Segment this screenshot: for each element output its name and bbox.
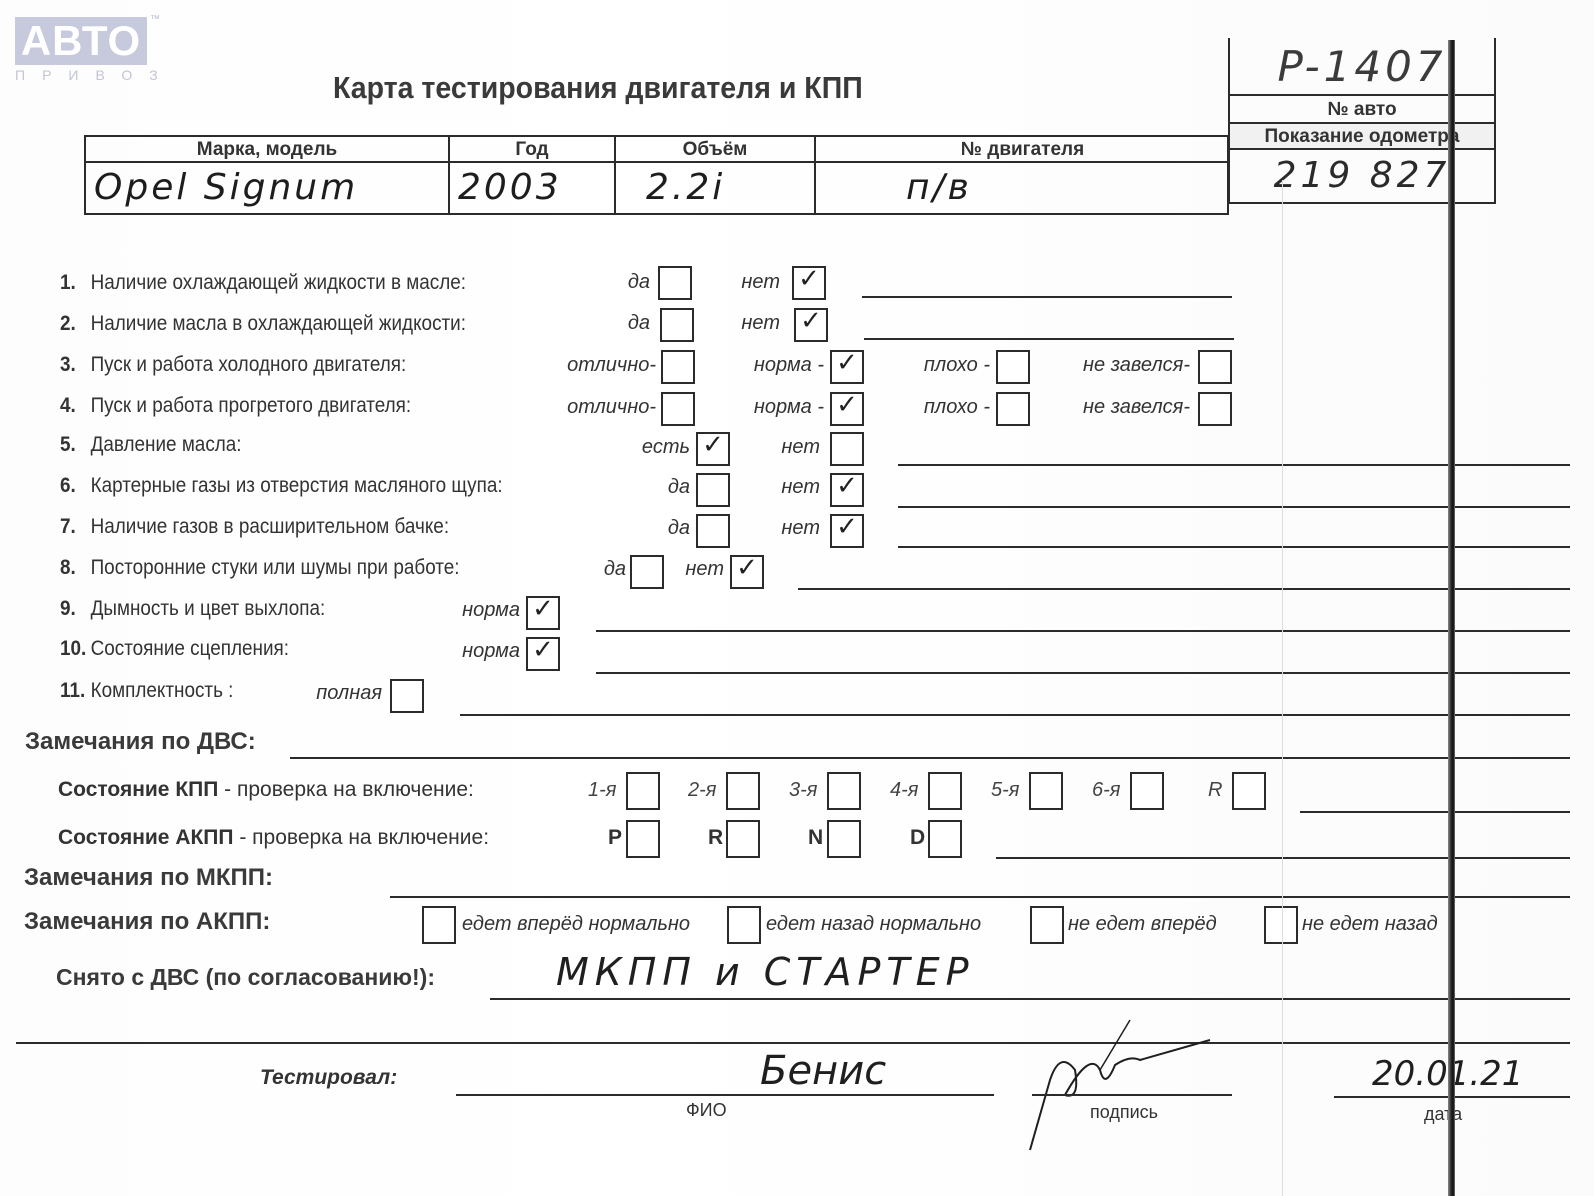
q6-option-no-label: нет bbox=[760, 476, 820, 499]
q4-checkbox-no-start[interactable] bbox=[1198, 392, 1232, 426]
akpp-d-label: D bbox=[910, 826, 925, 850]
removed-label: Снято с ДВС (по согласованию!): bbox=[56, 964, 435, 991]
q7-checkbox-no[interactable]: ✓ bbox=[830, 514, 864, 548]
q4-checkbox-excellent[interactable] bbox=[661, 392, 695, 426]
q2-notes-line[interactable] bbox=[864, 338, 1234, 340]
gear-4-checkbox[interactable] bbox=[928, 772, 962, 810]
q2-option-no-label: нет bbox=[720, 312, 780, 335]
question-8: 8.Посторонние стуки или шумы при работе: bbox=[60, 556, 460, 580]
q3-checkbox-excellent[interactable] bbox=[661, 350, 695, 384]
question-7: 7.Наличие газов в расширительном бачке: bbox=[60, 515, 449, 539]
q1-option-no-label: нет bbox=[720, 271, 780, 294]
q6-checkbox-yes[interactable] bbox=[696, 473, 730, 507]
q4-option-normal-label: норма - bbox=[730, 396, 824, 419]
gear-6-checkbox[interactable] bbox=[1130, 772, 1164, 810]
make-model-label: Марка, модель bbox=[86, 137, 448, 163]
question-10: 10.Состояние сцепления: bbox=[60, 637, 289, 661]
q3-checkbox-no-start[interactable] bbox=[1198, 350, 1232, 384]
q11-option-full-label: полная bbox=[300, 682, 382, 705]
akpp-p-checkbox[interactable] bbox=[626, 820, 660, 858]
q5-notes-line[interactable] bbox=[898, 464, 1570, 466]
vehicle-info-table: Марка, модель Opel Signum Год 2003 Объём… bbox=[84, 135, 1229, 215]
logo-trademark: ™ bbox=[150, 14, 160, 25]
q10-checkbox-normal[interactable]: ✓ bbox=[526, 637, 560, 671]
question-9: 9.Дымность и цвет выхлопа: bbox=[60, 597, 325, 621]
akpp-p-label: P bbox=[608, 826, 622, 850]
page-title: Карта тестирования двигателя и КПП bbox=[333, 70, 863, 106]
question-11: 11.Комплектность : bbox=[60, 679, 233, 703]
q3-option-excellent-label: отлично- bbox=[540, 354, 656, 377]
akpp-n-label: N bbox=[808, 826, 823, 850]
akpp-no-backward-label: не едет назад bbox=[1302, 913, 1438, 936]
signature-icon bbox=[1020, 1010, 1240, 1160]
akpp-notes-line[interactable] bbox=[996, 857, 1570, 859]
q3-checkbox-bad[interactable] bbox=[996, 350, 1030, 384]
akpp-backward-ok-label: едет назад нормально bbox=[766, 913, 981, 936]
gear-5-label: 5-я bbox=[991, 779, 1019, 802]
q7-checkbox-yes[interactable] bbox=[696, 514, 730, 548]
removed-value[interactable]: МКПП и СТАРТЕР bbox=[556, 950, 975, 994]
q4-option-no-start-label: не завелся- bbox=[1060, 396, 1190, 419]
akpp-no-forward-label: не едет вперёд bbox=[1068, 913, 1217, 936]
q5-checkbox-no[interactable] bbox=[830, 432, 864, 466]
q7-option-yes-label: да bbox=[640, 517, 690, 540]
logo-avto: АВТО bbox=[15, 17, 147, 65]
gear-reverse-checkbox[interactable] bbox=[1232, 772, 1266, 810]
auto-number-box: P-1407 № авто Показание одометра 219 827 bbox=[1228, 38, 1496, 204]
check-mark-icon: ✓ bbox=[796, 306, 826, 336]
q8-checkbox-no[interactable]: ✓ bbox=[730, 555, 764, 589]
q8-option-no-label: нет bbox=[672, 558, 724, 581]
q11-checkbox-full[interactable] bbox=[390, 679, 424, 713]
question-2: 2.Наличие масла в охлаждающей жидкости: bbox=[60, 312, 466, 336]
check-mark-icon: ✓ bbox=[832, 512, 862, 542]
akpp-r-checkbox[interactable] bbox=[726, 820, 760, 858]
engine-number-value[interactable]: п/в bbox=[816, 163, 1229, 213]
scan-artifact-faint bbox=[1282, 180, 1283, 1196]
q4-option-excellent-label: отлично- bbox=[540, 396, 656, 419]
remarks-mkpp-line[interactable] bbox=[390, 896, 1570, 898]
gear-3-label: 3-я bbox=[789, 779, 817, 802]
q7-option-no-label: нет bbox=[760, 517, 820, 540]
q10-notes-line[interactable] bbox=[596, 672, 1570, 674]
question-4: 4.Пуск и работа прогретого двигателя: bbox=[60, 394, 411, 418]
kpp-check-label: Состояние КПП - проверка на включение: bbox=[58, 778, 474, 802]
check-mark-icon: ✓ bbox=[832, 390, 862, 420]
year-cell: Год 2003 bbox=[450, 137, 616, 213]
removed-line[interactable] bbox=[490, 998, 1570, 1000]
akpp-check-label: Состояние АКПП - проверка на включение: bbox=[58, 826, 489, 850]
q2-option-yes-label: да bbox=[600, 312, 650, 335]
gear-3-checkbox[interactable] bbox=[827, 772, 861, 810]
question-6: 6.Картерные газы из отверстия масляного … bbox=[60, 474, 503, 498]
gear-2-label: 2-я bbox=[688, 779, 716, 802]
kpp-notes-line[interactable] bbox=[1300, 811, 1570, 813]
q1-checkbox-yes[interactable] bbox=[658, 266, 692, 300]
gear-1-checkbox[interactable] bbox=[626, 772, 660, 810]
check-mark-icon: ✓ bbox=[528, 594, 558, 624]
q5-checkbox-yes[interactable]: ✓ bbox=[696, 432, 730, 466]
remarks-mkpp-label: Замечания по МКПП: bbox=[24, 864, 273, 892]
q1-notes-line[interactable] bbox=[862, 296, 1232, 298]
akpp-forward-ok-checkbox[interactable] bbox=[422, 906, 456, 944]
akpp-backward-ok-checkbox[interactable] bbox=[727, 906, 761, 944]
check-mark-icon: ✓ bbox=[794, 264, 824, 294]
q4-checkbox-normal[interactable]: ✓ bbox=[830, 392, 864, 426]
q5-option-yes-label: есть bbox=[620, 436, 690, 459]
q9-notes-line[interactable] bbox=[596, 630, 1570, 632]
logo-subtitle: ПРИВОЗ bbox=[15, 67, 147, 83]
q9-checkbox-normal[interactable]: ✓ bbox=[526, 596, 560, 630]
q7-notes-line[interactable] bbox=[898, 546, 1570, 548]
q8-option-yes-label: да bbox=[580, 558, 626, 581]
q3-option-bad-label: плохо - bbox=[900, 354, 990, 377]
name-label: ФИО bbox=[686, 1100, 727, 1121]
q2-checkbox-no[interactable]: ✓ bbox=[794, 308, 828, 342]
akpp-r-label: R bbox=[708, 826, 723, 850]
volume-value[interactable]: 2.2i bbox=[616, 163, 814, 213]
q1-option-yes-label: да bbox=[600, 271, 650, 294]
q4-checkbox-bad[interactable] bbox=[996, 392, 1030, 426]
tester-name-value[interactable]: Бенис bbox=[760, 1048, 886, 1094]
check-mark-icon: ✓ bbox=[832, 348, 862, 378]
check-mark-icon: ✓ bbox=[832, 471, 862, 501]
q2-checkbox-yes[interactable] bbox=[660, 308, 694, 342]
name-line[interactable] bbox=[456, 1094, 994, 1096]
check-mark-icon: ✓ bbox=[732, 553, 762, 583]
gear-4-label: 4-я bbox=[890, 779, 918, 802]
volume-cell: Объём 2.2i bbox=[616, 137, 816, 213]
question-1: 1.Наличие охлаждающей жидкости в масле: bbox=[60, 271, 466, 295]
remarks-engine-label: Замечания по ДВС: bbox=[25, 728, 256, 756]
test-card-page: АВТО ™ ПРИВОЗ Карта тестирования двигате… bbox=[0, 0, 1594, 1196]
separator-line bbox=[16, 1042, 1570, 1044]
signature-label: подпись bbox=[1090, 1102, 1158, 1123]
q6-option-yes-label: да bbox=[640, 476, 690, 499]
q5-option-no-label: нет bbox=[760, 436, 820, 459]
gear-2-checkbox[interactable] bbox=[726, 772, 760, 810]
year-value[interactable]: 2003 bbox=[450, 163, 614, 213]
q8-checkbox-yes[interactable] bbox=[630, 555, 664, 589]
akpp-n-checkbox[interactable] bbox=[827, 820, 861, 858]
signature-line[interactable] bbox=[1032, 1094, 1232, 1096]
engine-number-label: № двигателя bbox=[816, 137, 1229, 163]
akpp-no-backward-checkbox[interactable] bbox=[1264, 906, 1298, 944]
akpp-no-forward-checkbox[interactable] bbox=[1030, 906, 1064, 944]
gear-6-label: 6-я bbox=[1092, 779, 1120, 802]
akpp-d-checkbox[interactable] bbox=[928, 820, 962, 858]
q4-option-bad-label: плохо - bbox=[900, 396, 990, 419]
q11-notes-line[interactable] bbox=[460, 714, 1570, 716]
q9-option-normal-label: норма bbox=[440, 599, 520, 622]
date-label: дата bbox=[1424, 1104, 1462, 1125]
tested-by-label: Тестировал: bbox=[260, 1066, 397, 1090]
question-3: 3.Пуск и работа холодного двигателя: bbox=[60, 353, 406, 377]
volume-label: Объём bbox=[616, 137, 814, 163]
gear-reverse-label: R bbox=[1208, 779, 1222, 802]
q1-checkbox-no[interactable]: ✓ bbox=[792, 266, 826, 300]
question-5: 5.Давление масла: bbox=[60, 433, 242, 457]
scan-artifact-line bbox=[1448, 40, 1455, 1196]
remarks-engine-line[interactable] bbox=[290, 757, 1570, 759]
q10-option-normal-label: норма bbox=[440, 640, 520, 663]
engine-number-cell: № двигателя п/в bbox=[816, 137, 1229, 213]
q6-notes-line[interactable] bbox=[898, 506, 1570, 508]
akpp-forward-ok-label: едет вперёд нормально bbox=[462, 913, 690, 936]
gear-5-checkbox[interactable] bbox=[1029, 772, 1063, 810]
q3-checkbox-normal[interactable]: ✓ bbox=[830, 350, 864, 384]
check-mark-icon: ✓ bbox=[698, 430, 728, 460]
q6-checkbox-no[interactable]: ✓ bbox=[830, 473, 864, 507]
remarks-akpp-label: Замечания по АКПП: bbox=[24, 908, 270, 936]
q3-option-normal-label: норма - bbox=[730, 354, 824, 377]
gear-1-label: 1-я bbox=[588, 779, 616, 802]
make-model-cell: Марка, модель Opel Signum bbox=[86, 137, 450, 213]
year-label: Год bbox=[450, 137, 614, 163]
check-mark-icon: ✓ bbox=[528, 635, 558, 665]
make-model-value[interactable]: Opel Signum bbox=[86, 163, 448, 213]
q3-option-no-start-label: не завелся- bbox=[1060, 354, 1190, 377]
